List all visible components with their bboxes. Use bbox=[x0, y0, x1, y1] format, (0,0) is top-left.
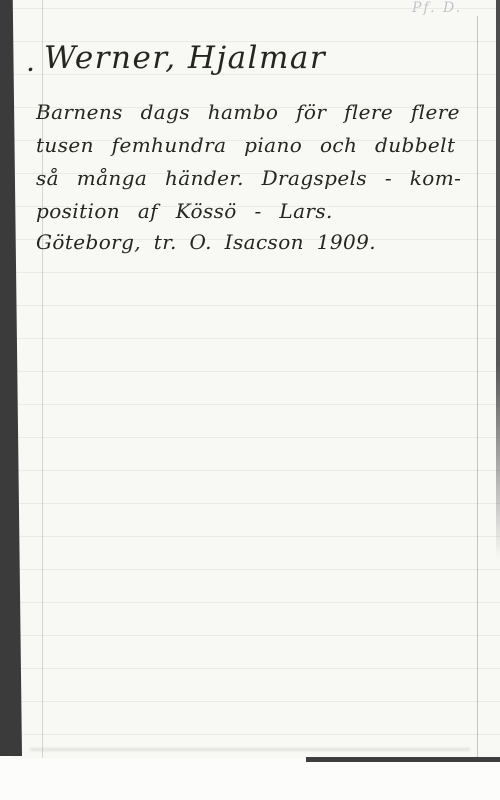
scanned-catalog-card: Pf. D. . Werner, Hjalmar Barnens dags ha… bbox=[0, 0, 500, 800]
card-imprint-line: Göteborg, tr. O. Isacson 1909. bbox=[36, 230, 376, 254]
sheet-bottom-shadow bbox=[30, 748, 470, 751]
sheet-bottom-border bbox=[306, 757, 500, 762]
card-body-line: så många händer. Dragspels - kom- bbox=[36, 166, 461, 190]
entry-marker-dot: . bbox=[27, 52, 34, 76]
card-body-line: Barnens dags hambo för flere flere bbox=[36, 100, 460, 124]
card-body-line: position af Kössö - Lars. bbox=[36, 199, 333, 223]
scan-edge-right bbox=[496, 0, 500, 560]
card-body-line: tusen femhundra piano och dubbelt bbox=[36, 133, 455, 157]
card-heading-author: Werner, Hjalmar bbox=[44, 40, 326, 76]
right-rule-line bbox=[477, 16, 478, 757]
pencil-shelfmark-note: Pf. D. bbox=[412, 0, 462, 16]
